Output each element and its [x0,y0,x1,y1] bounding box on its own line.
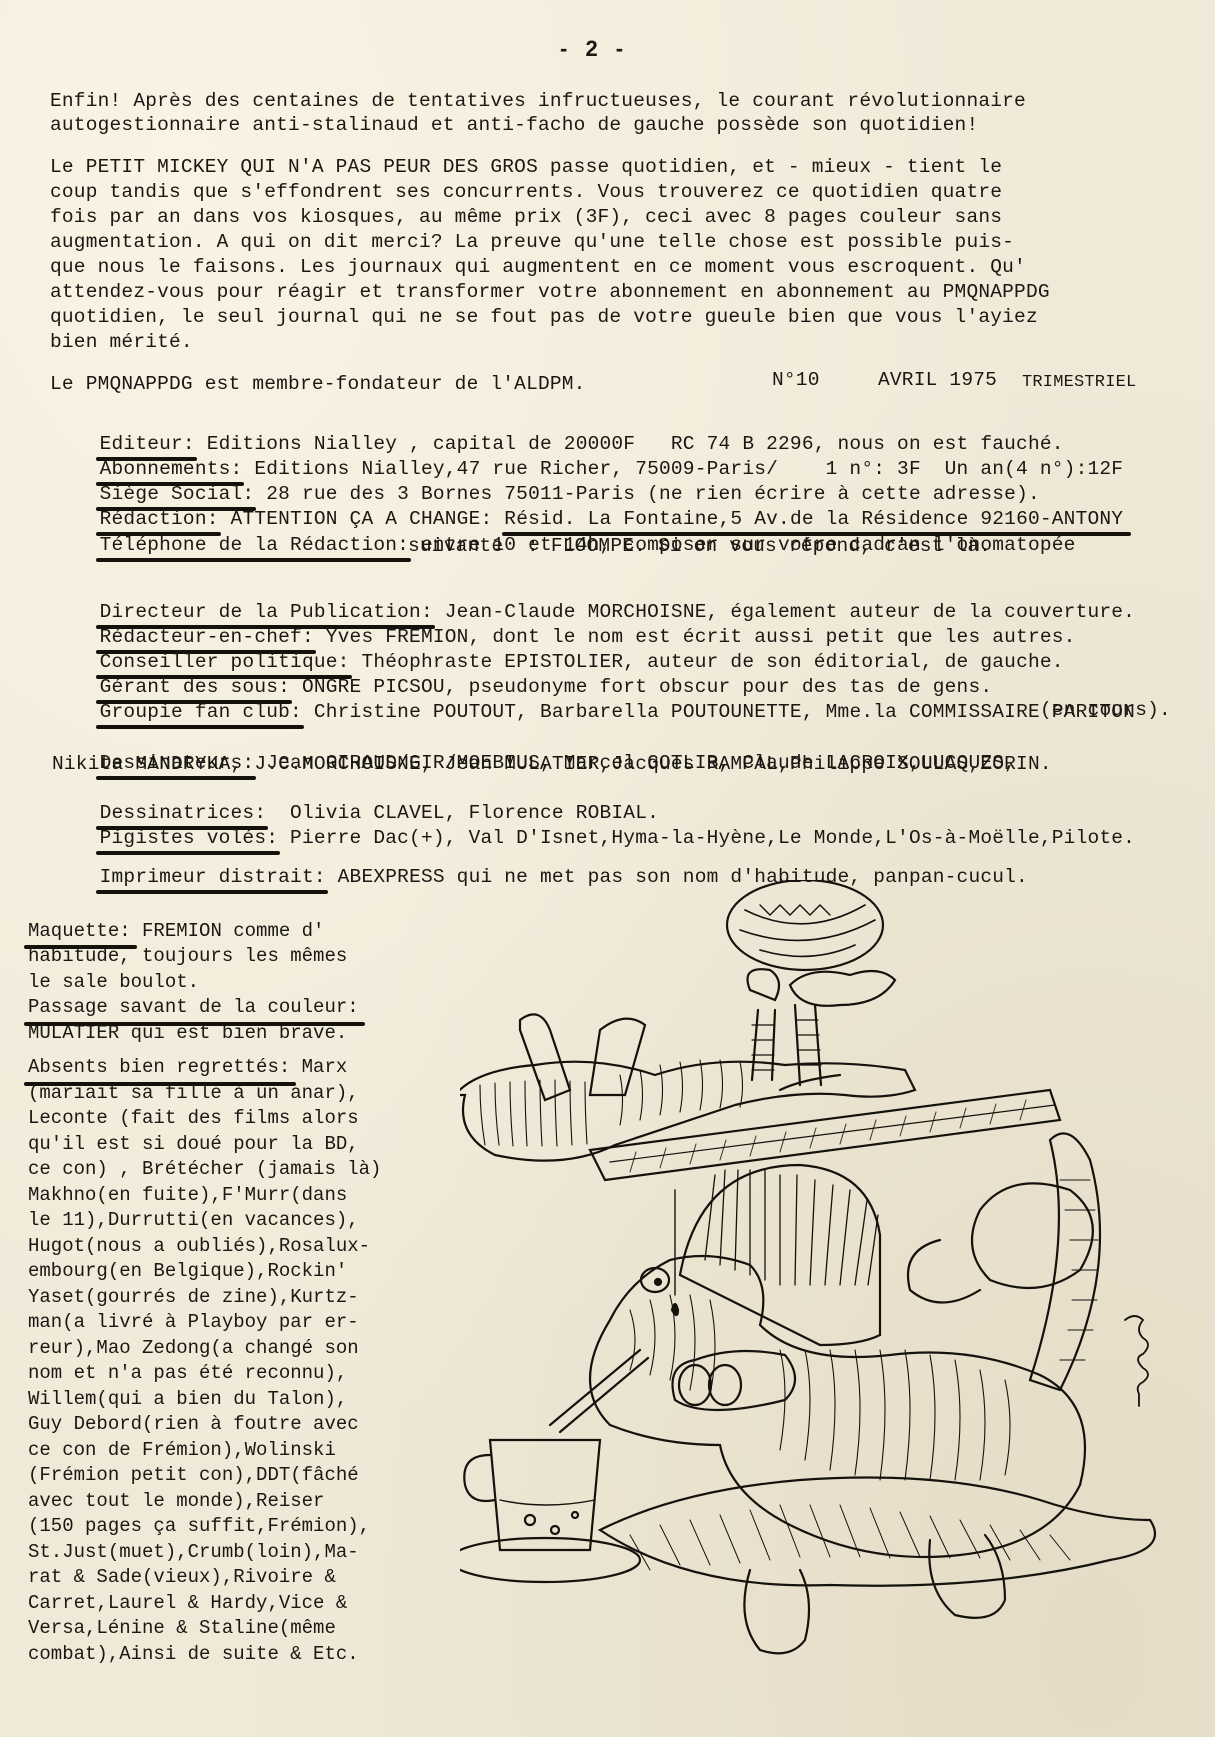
absents-line: avec tout le monde),Reiser [28,1489,448,1515]
credit-dessinateurs-cont: Nikita MANDRYKA, J.C.MORCHOISNE, Jean MU… [52,752,1052,776]
absents-line: Versa,Lénine & Staline(même [28,1616,448,1642]
maquette-text: FREMION comme d' [131,920,325,942]
absents-line: ce con) , Brétécher (jamais là) [28,1157,448,1183]
body-line: augmentation. A qui on dit merci? La pre… [50,230,1014,254]
cartoon-illustration [460,880,1190,1700]
body-line: quotidien, le seul journal qui ne se fou… [50,305,1038,329]
credit-label: Imprimeur distrait: [100,865,326,889]
maquette-text: le sale boulot. [28,970,448,996]
absents-line: combat),Ainsi de suite & Etc. [28,1642,448,1668]
issue-date: AVRIL 1975 [878,368,997,392]
page-number: - 2 - [560,36,629,62]
body-line: attendez-vous pour réagir et transformer… [50,280,1050,304]
absents-line: Hugot(nous a oubliés),Rosalux- [28,1234,448,1260]
absents-list: (mariait sa fille à un anar),Leconte (fa… [28,1081,448,1668]
body-line: que nous le faisons. Les journaux qui au… [50,255,1026,279]
cup-icon [460,1440,640,1582]
membership-line: Le PMQNAPPDG est membre-fondateur de l'A… [50,372,586,396]
absents-line: reur),Mao Zedong(a changé son [28,1336,448,1362]
credit-label: Téléphone de la Rédaction: [100,533,409,557]
credit-groupie-cont: (en cours). [1040,698,1171,722]
intro-line: autogestionnaire anti-stalinaud et anti-… [50,113,978,137]
absents-line: (Frémion petit con),DDT(fâché [28,1463,448,1489]
body-line: fois par an dans vos kiosques, au même p… [50,205,1002,229]
sidebar-credits: Maquette: FREMION comme d'habitude, touj… [28,893,448,1718]
absents-line: St.Just(muet),Crumb(loin),Ma- [28,1540,448,1566]
absents-line: rat & Sade(vieux),Rivoire & [28,1565,448,1591]
couleur-label: Passage savant de la couleur: [28,995,359,1021]
absents-line: man(a livré à Playboy par er- [28,1310,448,1336]
absents-line: Carret,Laurel & Hardy,Vice & [28,1591,448,1617]
intro-line: Enfin! Après des centaines de tentatives… [50,89,1026,113]
issue-frequency: TRIMESTRIEL [1022,371,1136,395]
hair-icon [680,1165,880,1345]
body-line: coup tandis que s'effondrent ses concurr… [50,180,1002,204]
absents-text: Marx [290,1056,347,1078]
issue-number: N°10 [772,368,820,392]
credit-label: Groupie fan club: [100,700,302,724]
signature-icon [1125,1316,1148,1406]
absents-label: Absents bien regrettés: [28,1055,290,1081]
body-line: bien mérité. [50,330,193,354]
absents-line: (150 pages ça suffit,Frémion), [28,1514,448,1540]
absents-line: embourg(en Belgique),Rockin' [28,1259,448,1285]
credit-telephone-cont: suivante : FLOOMPE. Si on vous répond, c… [408,534,991,558]
body-line: Le PETIT MICKEY QUI N'A PAS PEUR DES GRO… [50,155,1002,179]
absents-line: le 11),Durrutti(en vacances), [28,1208,448,1234]
disc-icon [727,880,883,970]
credit-value: Christine POUTOUT, Barbarella POUTOUNETT… [302,701,1135,723]
absents-line: Yaset(gourrés de zine),Kurtz- [28,1285,448,1311]
absents-line: ce con de Frémion),Wolinski [28,1438,448,1464]
absents-line: Leconte (fait des films alors [28,1106,448,1132]
absents-line: Makhno(en fuite),F'Murr(dans [28,1183,448,1209]
absents-line: Willem(qui a bien du Talon), [28,1387,448,1413]
absents-line: Guy Debord(rien à foutre avec [28,1412,448,1438]
absents-line: qu'il est si doué pour la BD, [28,1132,448,1158]
absents-line: nom et n'a pas été reconnu), [28,1361,448,1387]
page: - 2 - Enfin! Après des centaines de tent… [0,0,1215,1737]
maquette-label: Maquette: [28,919,131,945]
